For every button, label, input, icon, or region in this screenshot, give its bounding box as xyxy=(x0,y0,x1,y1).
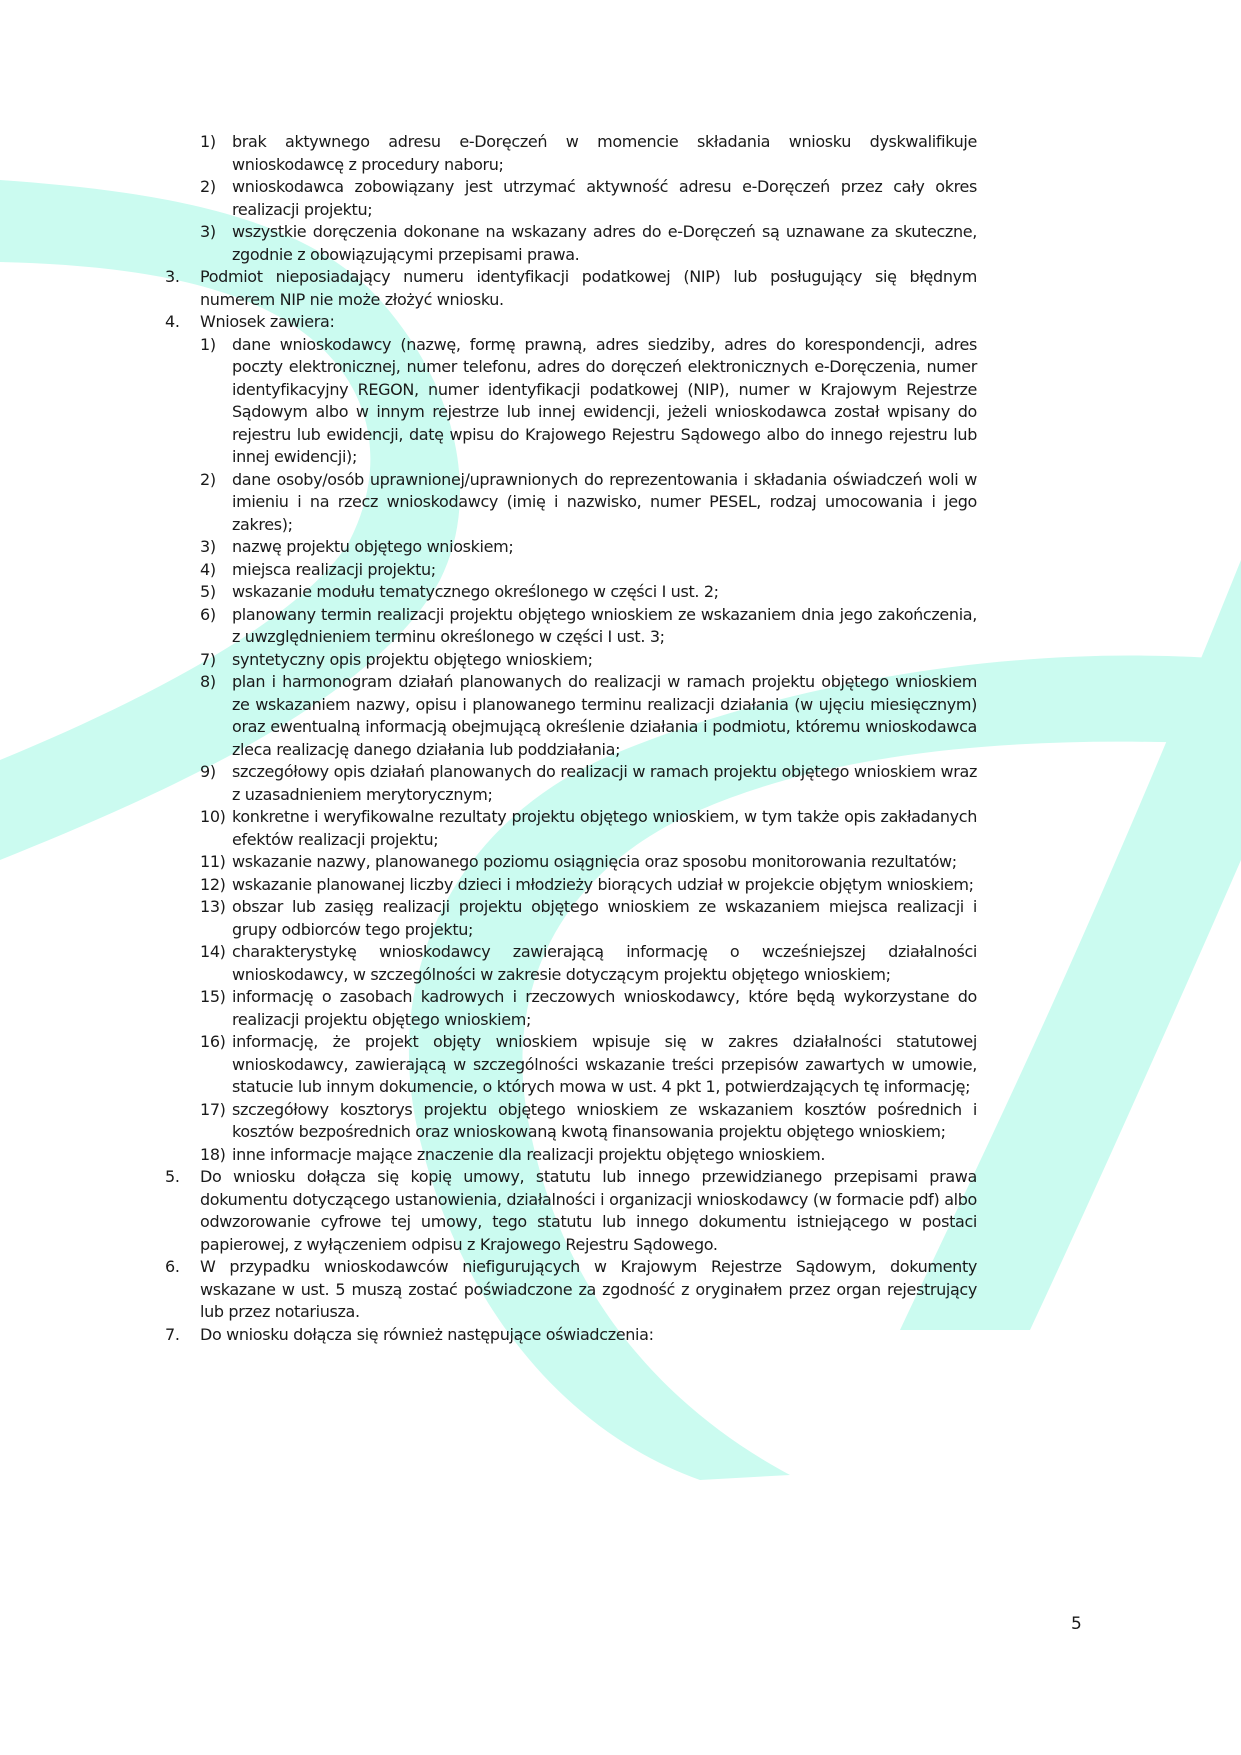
list-item: 5)wskazanie modułu tematycznego określon… xyxy=(165,581,977,604)
item-text: Wniosek zawiera: xyxy=(200,311,977,334)
item-number: 9) xyxy=(200,761,216,784)
item-text: wnioskodawca zobowiązany jest utrzymać a… xyxy=(232,176,977,221)
item-number: 6) xyxy=(200,604,216,627)
item-number: 7) xyxy=(200,649,216,672)
item-number: 7. xyxy=(165,1324,180,1347)
list-item: 17)szczegółowy kosztorys projektu objęte… xyxy=(165,1099,977,1144)
item-text: W przypadku wnioskodawców niefigurującyc… xyxy=(200,1256,977,1324)
list-item: 13)obszar lub zasięg realizacji projektu… xyxy=(165,896,977,941)
item-text: brak aktywnego adresu e-Doręczeń w momen… xyxy=(232,131,977,176)
list-item: 1)brak aktywnego adresu e-Doręczeń w mom… xyxy=(165,131,977,176)
item-number: 17) xyxy=(200,1099,226,1122)
item-number: 8) xyxy=(200,671,216,694)
paragraph-item: 3.Podmiot nieposiadający numeru identyfi… xyxy=(165,266,977,311)
list-item: 6)planowany termin realizacji projektu o… xyxy=(165,604,977,649)
item-number: 4. xyxy=(165,311,180,334)
item-text: wszystkie doręczenia dokonane na wskazan… xyxy=(232,221,977,266)
list-item: 7)syntetyczny opis projektu objętego wni… xyxy=(165,649,977,672)
list-item: 8)plan i harmonogram działań planowanych… xyxy=(165,671,977,761)
item-text: Podmiot nieposiadający numeru identyfika… xyxy=(200,266,977,311)
item-number: 13) xyxy=(200,896,226,919)
item-number: 5) xyxy=(200,581,216,604)
list-item: 11)wskazanie nazwy, planowanego poziomu … xyxy=(165,851,977,874)
item-text: dane wnioskodawcy (nazwę, formę prawną, … xyxy=(232,334,977,469)
list-item: 16)informację, że projekt objęty wnioski… xyxy=(165,1031,977,1099)
item-text: planowany termin realizacji projektu obj… xyxy=(232,604,977,649)
item-number: 2) xyxy=(200,176,216,199)
item-text: miejsca realizacji projektu; xyxy=(232,559,977,582)
list-item: 3)nazwę projektu objętego wnioskiem; xyxy=(165,536,977,559)
item-number: 18) xyxy=(200,1144,226,1167)
list-item: 2)dane osoby/osób uprawnionej/uprawniony… xyxy=(165,469,977,537)
item-text: dane osoby/osób uprawnionej/uprawnionych… xyxy=(232,469,977,537)
item-text: nazwę projektu objętego wnioskiem; xyxy=(232,536,977,559)
list-item: 2)wnioskodawca zobowiązany jest utrzymać… xyxy=(165,176,977,221)
item-number: 10) xyxy=(200,806,226,829)
list-item: 12)wskazanie planowanej liczby dzieci i … xyxy=(165,874,977,897)
item-text: wskazanie planowanej liczby dzieci i mło… xyxy=(232,874,977,897)
list-item: 9)szczegółowy opis działań planowanych d… xyxy=(165,761,977,806)
item-text: syntetyczny opis projektu objętego wnios… xyxy=(232,649,977,672)
item-number: 16) xyxy=(200,1031,226,1054)
item-number: 2) xyxy=(200,469,216,492)
paragraph-item: 4.Wniosek zawiera: xyxy=(165,311,977,334)
item-text: szczegółowy opis działań planowanych do … xyxy=(232,761,977,806)
item-text: plan i harmonogram działań planowanych d… xyxy=(232,671,977,761)
item-text: charakterystykę wnioskodawcy zawierającą… xyxy=(232,941,977,986)
list-item: 14)charakterystykę wnioskodawcy zawieraj… xyxy=(165,941,977,986)
list-item: 4)miejsca realizacji projektu; xyxy=(165,559,977,582)
item-text: wskazanie modułu tematycznego określoneg… xyxy=(232,581,977,604)
item-text: wskazanie nazwy, planowanego poziomu osi… xyxy=(232,851,977,874)
item-number: 3) xyxy=(200,536,216,559)
item-number: 4) xyxy=(200,559,216,582)
item-number: 11) xyxy=(200,851,226,874)
item-text: szczegółowy kosztorys projektu objętego … xyxy=(232,1099,977,1144)
item-text: Do wniosku dołącza się kopię umowy, stat… xyxy=(200,1166,977,1256)
item-number: 6. xyxy=(165,1256,180,1279)
item-text: informację, że projekt objęty wnioskiem … xyxy=(232,1031,977,1099)
list-item: 18)inne informacje mające znaczenie dla … xyxy=(165,1144,977,1167)
item-text: obszar lub zasięg realizacji projektu ob… xyxy=(232,896,977,941)
item-number: 3. xyxy=(165,266,180,289)
item-number: 5. xyxy=(165,1166,180,1189)
paragraph-item: 6.W przypadku wnioskodawców niefigurując… xyxy=(165,1256,977,1324)
item-text: inne informacje mające znaczenie dla rea… xyxy=(232,1144,977,1167)
item-text: informację o zasobach kadrowych i rzeczo… xyxy=(232,986,977,1031)
document-body: 1)brak aktywnego adresu e-Doręczeń w mom… xyxy=(165,131,977,1346)
item-number: 1) xyxy=(200,131,216,154)
paragraph-item: 7.Do wniosku dołącza się również następu… xyxy=(165,1324,977,1347)
paragraph-item: 5.Do wniosku dołącza się kopię umowy, st… xyxy=(165,1166,977,1256)
list-item: 10)konkretne i weryfikowalne rezultaty p… xyxy=(165,806,977,851)
list-item: 1)dane wnioskodawcy (nazwę, formę prawną… xyxy=(165,334,977,469)
item-text: Do wniosku dołącza się również następują… xyxy=(200,1324,977,1347)
list-item: 15)informację o zasobach kadrowych i rze… xyxy=(165,986,977,1031)
item-number: 12) xyxy=(200,874,226,897)
item-number: 15) xyxy=(200,986,226,1009)
item-number: 1) xyxy=(200,334,216,357)
item-text: konkretne i weryfikowalne rezultaty proj… xyxy=(232,806,977,851)
page-number: 5 xyxy=(1071,1614,1082,1634)
item-number: 14) xyxy=(200,941,226,964)
item-number: 3) xyxy=(200,221,216,244)
list-item: 3)wszystkie doręczenia dokonane na wskaz… xyxy=(165,221,977,266)
